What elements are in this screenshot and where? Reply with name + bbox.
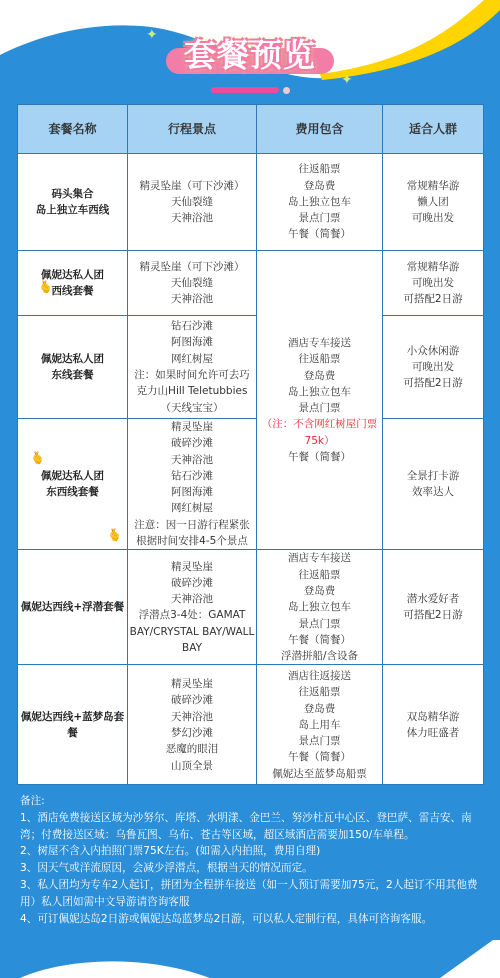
package-name-cell: 码头集合 岛上独立车西线 bbox=[18, 154, 128, 251]
spot-line: 精灵坠崖 bbox=[128, 419, 256, 435]
includes-cell: 酒店专车接送 往返船票 登岛费 岛上独立包车 景点门票 午餐（简餐） 浮潜拼船/… bbox=[257, 550, 383, 665]
spot-line: BAY/CRYSTAL BAY/WALL bbox=[128, 624, 256, 640]
note-item: 1、酒店免费接送区域为沙努尔、库塔、水明漾、金巴兰、努沙杜瓦中心区、登巴萨、雷吉… bbox=[20, 810, 486, 844]
footer-wave-decoration bbox=[0, 940, 500, 978]
package-name-line: 佩妮达西线+蓝梦岛套 bbox=[18, 709, 127, 725]
spot-line: 克力山Hill Teletubbies bbox=[128, 383, 256, 399]
spot-line: 天仙裂缝 bbox=[128, 194, 256, 210]
spot-line: 注：如果时间允许可去巧 bbox=[128, 367, 256, 383]
include-line: 往返船票 bbox=[257, 567, 382, 583]
spot-line: 破碎沙滩 bbox=[128, 575, 256, 591]
notes-section: 备注: 1、酒店免费接送区域为沙努尔、库塔、水明漾、金巴兰、努沙杜瓦中心区、登巴… bbox=[20, 793, 486, 927]
include-line: 酒店专车接送 bbox=[257, 550, 382, 566]
package-name-line: 佩妮达私人团 bbox=[18, 351, 127, 367]
package-name-cell: 佩妮达西线+浮潜套餐 bbox=[18, 550, 128, 665]
note-item: 3、因天气或洋流原因，会减少浮潜点，根据当天的情况而定。 bbox=[20, 860, 486, 877]
audience-line: 常规精华游 bbox=[383, 178, 483, 194]
audience-cell: 常规精华游 懒人团 可晚出发 bbox=[383, 154, 484, 251]
package-name-line: 岛上独立车西线 bbox=[18, 202, 127, 218]
package-name-line: 佩妮达西线+浮潜套餐 bbox=[18, 599, 127, 615]
package-name-cell: 佩妮达私人团 东线套餐 bbox=[18, 316, 128, 419]
spot-line: 精灵坠崖 bbox=[128, 676, 256, 692]
audience-cell: 全景打卡游 效率达人 bbox=[383, 419, 484, 550]
pointing-hand-icon: 🫰 bbox=[30, 451, 45, 465]
audience-cell: 小众休闲游 可晚出发 可搭配2日游 bbox=[383, 316, 484, 419]
include-line: 岛上独立包车 bbox=[257, 194, 382, 210]
include-line: 酒店专车接送 bbox=[257, 335, 382, 351]
table-header-row: 套餐名称 行程景点 费用包含 适合人群 bbox=[18, 105, 484, 154]
spots-cell: 精灵坠崖 破碎沙滩 天神浴池 浮潜点3-4处：GAMAT BAY/CRYSTAL… bbox=[128, 550, 257, 665]
page-title-text: 套餐预览 bbox=[166, 34, 334, 76]
include-line: 佩妮达至蓝梦岛船票 bbox=[257, 766, 382, 782]
spot-line: 钻石沙滩 bbox=[128, 318, 256, 334]
audience-cell: 潜水爱好者 可搭配2日游 bbox=[383, 550, 484, 665]
spot-line: 注意：因一日游行程紧张 bbox=[128, 517, 256, 533]
spots-cell: 精灵坠崖（可下沙滩） 天仙裂缝 天神浴池 bbox=[128, 251, 257, 316]
spot-line: 梦幻沙滩 bbox=[128, 725, 256, 741]
package-name-line: 东线套餐 bbox=[18, 367, 127, 383]
include-line: 登岛费 bbox=[257, 178, 382, 194]
table-row: 佩妮达私人团 东线套餐 钻石沙滩 阿图海滩 网红树屋 注：如果时间允许可去巧 克… bbox=[18, 316, 484, 419]
spots-cell: 精灵坠崖 破碎沙滩 天神浴池 梦幻沙滩 恶魔的眼泪 山顶全景 bbox=[128, 665, 257, 785]
package-table: 套餐名称 行程景点 费用包含 适合人群 码头集合 岛上独立车西线 精灵坠崖（可下… bbox=[17, 104, 484, 785]
audience-line: 效率达人 bbox=[383, 484, 483, 500]
spots-cell: 钻石沙滩 阿图海滩 网红树屋 注：如果时间允许可去巧 克力山Hill Telet… bbox=[128, 316, 257, 419]
audience-line: 全景打卡游 bbox=[383, 468, 483, 484]
spot-line: 根据时间安排4-5个景点 bbox=[128, 533, 256, 549]
note-item: 3、私人团均为专车2人起订，拼团为全程拼车接送（如一人预订需要加75元，2人起订… bbox=[20, 877, 486, 911]
table-row: 佩妮达西线+蓝梦岛套 餐 精灵坠崖 破碎沙滩 天神浴池 梦幻沙滩 恶魔的眼泪 山… bbox=[18, 665, 484, 785]
include-line: 往返船票 bbox=[257, 161, 382, 177]
table-row: 码头集合 岛上独立车西线 精灵坠崖（可下沙滩） 天仙裂缝 天神浴池 往返船票 登… bbox=[18, 154, 484, 251]
spots-cell: 精灵坠崖 破碎沙滩 天神浴池 钻石沙滩 阿图海滩 网红树屋 注意：因一日游行程紧… bbox=[128, 419, 257, 550]
spot-line: 精灵坠崖（可下沙滩） bbox=[128, 178, 256, 194]
spot-line: 恶魔的眼泪 bbox=[128, 741, 256, 757]
spot-line: 破碎沙滩 bbox=[128, 435, 256, 451]
package-name-cell: 佩妮达私人团 西线套餐 bbox=[18, 251, 128, 316]
treehouse-ticket-note: （注：不含网红树屋门票 bbox=[257, 416, 382, 432]
audience-line: 可晚出发 bbox=[383, 210, 483, 226]
column-header-audience: 适合人群 bbox=[383, 105, 484, 154]
package-name-line: 佩妮达私人团 bbox=[18, 468, 127, 484]
audience-line: 可晚出发 bbox=[383, 275, 483, 291]
include-line: 景点门票 bbox=[257, 210, 382, 226]
include-line: 午餐（简餐） bbox=[257, 226, 382, 242]
spot-line: 天神浴池 bbox=[128, 291, 256, 307]
sparkle-icon: ✦ bbox=[341, 72, 353, 88]
audience-line: 双岛精华游 bbox=[383, 709, 483, 725]
spot-line: BAY bbox=[128, 640, 256, 656]
package-name-line: 佩妮达私人团 bbox=[18, 267, 127, 283]
spot-line: 天神浴池 bbox=[128, 210, 256, 226]
audience-cell: 双岛精华游 体力旺盛者 bbox=[383, 665, 484, 785]
title-underline-dash bbox=[211, 87, 279, 93]
spot-line: 精灵坠崖（可下沙滩） bbox=[128, 259, 256, 275]
include-line: 岛上用车 bbox=[257, 717, 382, 733]
column-header-includes: 费用包含 bbox=[257, 105, 383, 154]
audience-line: 潜水爱好者 bbox=[383, 591, 483, 607]
spot-line: 阿图海滩 bbox=[128, 484, 256, 500]
column-header-package-name: 套餐名称 bbox=[18, 105, 128, 154]
table-row: 佩妮达私人团 东西线套餐 精灵坠崖 破碎沙滩 天神浴池 钻石沙滩 阿图海滩 网红… bbox=[18, 419, 484, 550]
shared-includes-cell: 酒店专车接送 往返船票 登岛费 岛上独立包车 景点门票 （注：不含网红树屋门票 … bbox=[257, 251, 383, 550]
audience-line: 常规精华游 bbox=[383, 259, 483, 275]
spot-line: 天神浴池 bbox=[128, 709, 256, 725]
include-line: 往返船票 bbox=[257, 351, 382, 367]
include-line: 午餐（简餐） bbox=[257, 449, 382, 465]
title-underline-dot bbox=[283, 87, 290, 94]
include-line: 往返船票 bbox=[257, 684, 382, 700]
include-line: 酒店往返接送 bbox=[257, 668, 382, 684]
notes-title: 备注: bbox=[20, 793, 486, 810]
pointing-hand-icon: 🫰 bbox=[38, 280, 53, 294]
audience-line: 可搭配2日游 bbox=[383, 291, 483, 307]
includes-cell: 酒店往返接送 往返船票 登岛费 岛上用车 景点门票 午餐（简餐） 佩妮达至蓝梦岛… bbox=[257, 665, 383, 785]
include-line: 景点门票 bbox=[257, 733, 382, 749]
spot-line: 钻石沙滩 bbox=[128, 468, 256, 484]
includes-cell: 往返船票 登岛费 岛上独立包车 景点门票 午餐（简餐） bbox=[257, 154, 383, 251]
note-item: 2、树屋不含入内拍照门票75K左右。(如需入内拍照，费用自理) bbox=[20, 843, 486, 860]
treehouse-ticket-note: 75k） bbox=[257, 433, 382, 449]
spot-line: （天线宝宝） bbox=[128, 400, 256, 416]
audience-cell: 常规精华游 可晚出发 可搭配2日游 bbox=[383, 251, 484, 316]
spot-line: 天仙裂缝 bbox=[128, 275, 256, 291]
include-line: 午餐（简餐） bbox=[257, 632, 382, 648]
include-line: 登岛费 bbox=[257, 701, 382, 717]
package-name-line: 码头集合 bbox=[18, 186, 127, 202]
spot-line: 破碎沙滩 bbox=[128, 692, 256, 708]
audience-line: 可搭配2日游 bbox=[383, 375, 483, 391]
include-line: 岛上独立包车 bbox=[257, 599, 382, 615]
package-name-line: 餐 bbox=[18, 725, 127, 741]
page-title: 套餐预览 bbox=[166, 34, 334, 76]
spot-line: 浮潜点3-4处：GAMAT bbox=[128, 607, 256, 623]
table-row: 佩妮达西线+浮潜套餐 精灵坠崖 破碎沙滩 天神浴池 浮潜点3-4处：GAMAT … bbox=[18, 550, 484, 665]
spot-line: 精灵坠崖 bbox=[128, 559, 256, 575]
spot-line: 网红树屋 bbox=[128, 500, 256, 516]
include-line: 浮潜拼船/含设备 bbox=[257, 648, 382, 664]
pointing-hand-icon: 🫰 bbox=[107, 528, 122, 542]
spot-line: 网红树屋 bbox=[128, 351, 256, 367]
spot-line: 阿图海滩 bbox=[128, 334, 256, 350]
audience-line: 小众休闲游 bbox=[383, 343, 483, 359]
sparkle-icon: ✦ bbox=[146, 27, 158, 43]
include-line: 景点门票 bbox=[257, 616, 382, 632]
include-line: 登岛费 bbox=[257, 583, 382, 599]
spot-line: 山顶全景 bbox=[128, 758, 256, 774]
spots-cell: 精灵坠崖（可下沙滩） 天仙裂缝 天神浴池 bbox=[128, 154, 257, 251]
audience-line: 懒人团 bbox=[383, 194, 483, 210]
include-line: 登岛费 bbox=[257, 368, 382, 384]
include-line: 景点门票 bbox=[257, 400, 382, 416]
note-item: 4、可订佩妮达岛2日游或佩妮达岛蓝梦岛2日游，可以私人定制行程，具体可咨询客服。 bbox=[20, 911, 486, 928]
spot-line: 天神浴池 bbox=[128, 591, 256, 607]
include-line: 午餐（简餐） bbox=[257, 749, 382, 765]
package-name-line: 东西线套餐 bbox=[18, 484, 127, 500]
include-line: 岛上独立包车 bbox=[257, 384, 382, 400]
package-name-line: 西线套餐 bbox=[18, 283, 127, 299]
spot-line: 天神浴池 bbox=[128, 452, 256, 468]
table-row: 佩妮达私人团 西线套餐 精灵坠崖（可下沙滩） 天仙裂缝 天神浴池 酒店专车接送 … bbox=[18, 251, 484, 316]
package-name-cell: 佩妮达西线+蓝梦岛套 餐 bbox=[18, 665, 128, 785]
audience-line: 可晚出发 bbox=[383, 359, 483, 375]
audience-line: 体力旺盛者 bbox=[383, 725, 483, 741]
audience-line: 可搭配2日游 bbox=[383, 607, 483, 623]
column-header-spots: 行程景点 bbox=[128, 105, 257, 154]
